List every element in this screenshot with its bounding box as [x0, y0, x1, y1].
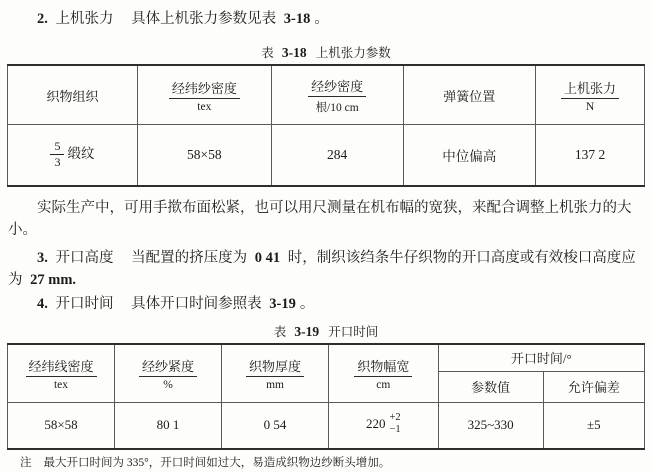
header-shed-timing-group: 开口时间/°	[438, 344, 644, 371]
section-4-number: 4.	[37, 296, 48, 312]
header-param-value: 参数值	[438, 371, 543, 402]
body-paragraph: 实际生产中，可用手揿布面松紧，也可以用尺测量在机布幅的宽狭，来配合调整上机张力的…	[0, 197, 652, 241]
section-3-value-1: 0 41	[255, 250, 280, 266]
footnote-value: 335°	[127, 457, 149, 469]
header-yarn-density-2: 经纬线密度 tex	[8, 344, 115, 402]
table-3-18-data-row: 53缎纹 58×58 284 中位偏高 137 2	[8, 125, 645, 187]
header-fabric-width: 织物幅宽 cm	[329, 344, 439, 402]
cell-yarn-density: 58×58	[137, 125, 271, 187]
fabric-width-value: 220	[366, 416, 386, 431]
caption-prefix-2: 表	[274, 325, 287, 339]
weave-name: 缎纹	[67, 146, 94, 161]
caption-title: 上机张力参数	[316, 46, 391, 60]
table-3-18-header-row: 织物组织 经纬纱密度 tex 经纱密度 根/10 cm 弹簧位置 上机张力 N	[8, 65, 645, 125]
cell-param-value: 325~330	[438, 402, 543, 449]
header-warp-tightness: 经纱紧度 %	[115, 344, 222, 402]
header-fabric-thickness: 织物厚度 mm	[222, 344, 329, 402]
section-2-text: 具体上机张力参数见表	[131, 11, 276, 27]
section-2-text-end: 。	[314, 11, 329, 27]
caption-title-2: 开口时间	[328, 325, 378, 339]
cell-tolerance: ±5	[543, 402, 644, 449]
cell-tension: 137 2	[536, 125, 645, 187]
cell-yarn-density-2: 58×58	[8, 402, 115, 449]
footnote-label: 注	[20, 457, 32, 469]
section-4-heading: 4. 开口时间 具体开口时间参照表 3-19。	[0, 293, 652, 315]
cell-warp-tightness: 80 1	[115, 402, 222, 449]
header-tension: 上机张力 N	[536, 65, 645, 125]
cell-fabric-width: 220+2−1	[329, 402, 439, 449]
header-fabric-weave: 织物组织	[8, 65, 138, 125]
table-3-18-caption: 表 3-18 上机张力参数	[0, 43, 652, 61]
footnote-text-2: ，开口时间如过大，易造成织物边纱断头增加。	[149, 457, 391, 469]
table-3-19-caption: 表 3-19 开口时间	[0, 322, 652, 340]
section-2-number: 2.	[37, 11, 48, 27]
caption-number: 3-18	[282, 45, 307, 60]
section-4-text: 具体开口时间参照表	[131, 296, 262, 312]
section-3-paragraph: 3. 开口高度 当配置的挤压度为 0 41 时，制织该绉条牛仔织物的开口高度或有…	[0, 247, 652, 291]
cell-warp-density: 284	[271, 125, 403, 187]
section-2-table-ref: 3-18	[284, 11, 311, 27]
fabric-width-tolerance-stack: +2−1	[389, 412, 400, 436]
table-3-19-data-row: 58×58 80 1 0 54 220+2−1 325~330 ±5	[8, 402, 645, 449]
caption-number-2: 3-19	[294, 324, 319, 339]
table-3-19: 经纬线密度 tex 经纱紧度 % 织物厚度 mm 织物幅宽 cm 开口时间/° …	[7, 343, 645, 450]
cell-fabric-thickness: 0 54	[222, 402, 329, 449]
table-3-19-header-row-1: 经纬线密度 tex 经纱紧度 % 织物厚度 mm 织物幅宽 cm 开口时间/°	[8, 344, 645, 371]
table-footnote: 注最大开口时间为 335°，开口时间如过大，易造成织物边纱断头增加。	[20, 456, 652, 471]
section-3-number: 3.	[37, 250, 48, 266]
section-3-value-2: 27 mm.	[30, 272, 76, 288]
document-page: 2. 上机张力 具体上机张力参数见表 3-18。 表 3-18 上机张力参数 织…	[0, 0, 652, 472]
section-2-title: 上机张力	[56, 11, 114, 27]
cell-spring-position: 中位偏高	[403, 125, 535, 187]
section-2-heading: 2. 上机张力 具体上机张力参数见表 3-18。	[0, 8, 652, 30]
section-3-text-1: 当配置的挤压度为	[131, 250, 247, 266]
section-4-text-end: 。	[300, 296, 315, 312]
header-spring-position: 弹簧位置	[403, 65, 535, 125]
caption-prefix: 表	[261, 46, 274, 60]
header-yarn-density: 经纬纱密度 tex	[137, 65, 271, 125]
footnote-text-1: 最大开口时间为	[44, 457, 125, 469]
section-4-table-ref: 3-19	[269, 296, 296, 312]
weave-fraction: 53	[50, 140, 64, 168]
section-3-title: 开口高度	[56, 250, 114, 266]
table-3-18: 织物组织 经纬纱密度 tex 经纱密度 根/10 cm 弹簧位置 上机张力 N …	[7, 64, 645, 187]
header-tolerance: 允许偏差	[543, 371, 644, 402]
section-4-title: 开口时间	[56, 296, 114, 312]
header-warp-density: 经纱密度 根/10 cm	[271, 65, 403, 125]
cell-fabric-weave: 53缎纹	[8, 125, 138, 187]
